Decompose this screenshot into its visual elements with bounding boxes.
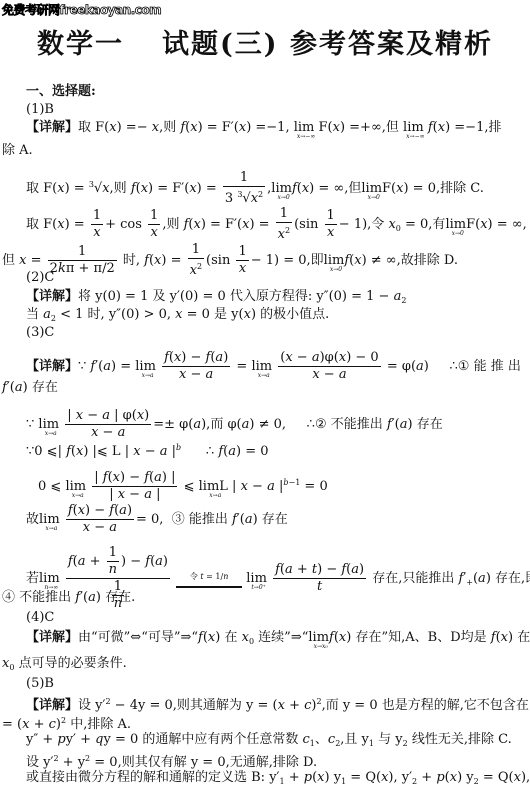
page-title: 数学一试题(三) 参考答案及精析 xyxy=(0,22,530,61)
q3-detail-line-1: 【详解】∵ f′(a) = limx→a f(x) − f(a)x − a = … xyxy=(26,350,521,383)
q3-detail-line-2: f′(a) 存在 xyxy=(2,380,58,396)
q4-detail-line-1: 【详解】由“可微”⇔“可导”⇒“f(x) 在 x0 连续”⇒“limx→x₀f(… xyxy=(26,630,530,650)
q1-detail-line-1: 【详解】取 F(x) =− x,则 f(x) = F′(x) =−1, limx… xyxy=(26,120,501,136)
q3-detail-line-5: 0 ⩽ limx→a | f(x) − f(a) || x − a | ⩽ li… xyxy=(38,470,328,503)
q5-detail-line-3: y″ + py′ + qy = 0 的通解中应有两个任意常数 c1、c2,且 y… xyxy=(26,732,512,752)
q1-detail-line-3: 取 F(x) = 3√x,则 f(x) = F′(x) = 13 3√x2,li… xyxy=(26,170,484,207)
detail-label: 【详解】 xyxy=(26,630,78,645)
q5-detail-line-4: 设 y′2 + y2 = 0,则其仅有解 y = 0,无通解,排除 D. xyxy=(26,751,317,771)
question-number-1: (1)B xyxy=(26,102,54,118)
substitution-arrow: 令 t = 1/n xyxy=(176,569,242,588)
detail-label: 【详解】 xyxy=(26,698,78,713)
q2-detail-line-2: 当 a2 < 1 时, y″(0) > 0, x = 0 是 y(x) 的极小值… xyxy=(26,307,329,327)
q1-detail-line-4: 取 F(x) = 1x+ cos 1x,则 f(x) = F′(x) = 1x2… xyxy=(26,206,527,243)
q1-detail-line-5: 但 x = 12kπ + π/2 时, f(x) = 1x2(sin 1x− 1… xyxy=(2,242,458,279)
q1-detail-line-2: 除 A. xyxy=(2,143,33,159)
q3-detail-line-4: ∵0 ⩽| f(x) |⩽ L | x − a |b ∴ f(a) = 0 xyxy=(26,440,269,460)
exam-title: 试题(三) 参考答案及精析 xyxy=(162,29,493,60)
detail-label: 【详解】 xyxy=(26,289,78,304)
q5-detail-line-2: = (x + c)2 中,排除 A. xyxy=(2,713,131,733)
question-number-3: (3)C xyxy=(26,325,54,341)
detail-label: 【详解】 xyxy=(26,120,78,135)
question-number-5: (5)B xyxy=(26,676,54,692)
q3-detail-line-3: ∵ limx→a | x − a | φ(x)x − a=± φ(a),而 φ(… xyxy=(26,408,443,441)
subject-label: 数学一 xyxy=(37,29,124,60)
q3-detail-line-6: 故limx→a f(x) − f(a)x − a= 0, ③ 能推出 f′(a)… xyxy=(26,503,288,536)
q5-detail-line-5: 或直接由微分方程的解和通解的定义选 B: y′1 + p(x) y1 = Q(x… xyxy=(26,770,530,787)
question-number-4: (4)C xyxy=(26,610,54,626)
question-number-2: (2)C xyxy=(26,270,54,286)
detail-label: 【详解】 xyxy=(26,359,78,374)
q3-detail-line-8: ④ 不能推出 f′(a) 存在. xyxy=(2,590,135,606)
q4-detail-line-2: x0 点可导的必要条件. xyxy=(2,656,127,676)
section-heading: 一、选择题: xyxy=(26,84,96,100)
q5-detail-line-1: 【详解】设 y′2 − 4y = 0,则其通解为 y = (x + c)2,而 … xyxy=(26,694,530,714)
q2-detail-line-1: 【详解】将 y(0) = 1 及 y′(0) = 0 代入原方程得: y″(0)… xyxy=(26,289,406,309)
site-watermark: 免费考研网freekaoyan.com xyxy=(2,1,161,18)
